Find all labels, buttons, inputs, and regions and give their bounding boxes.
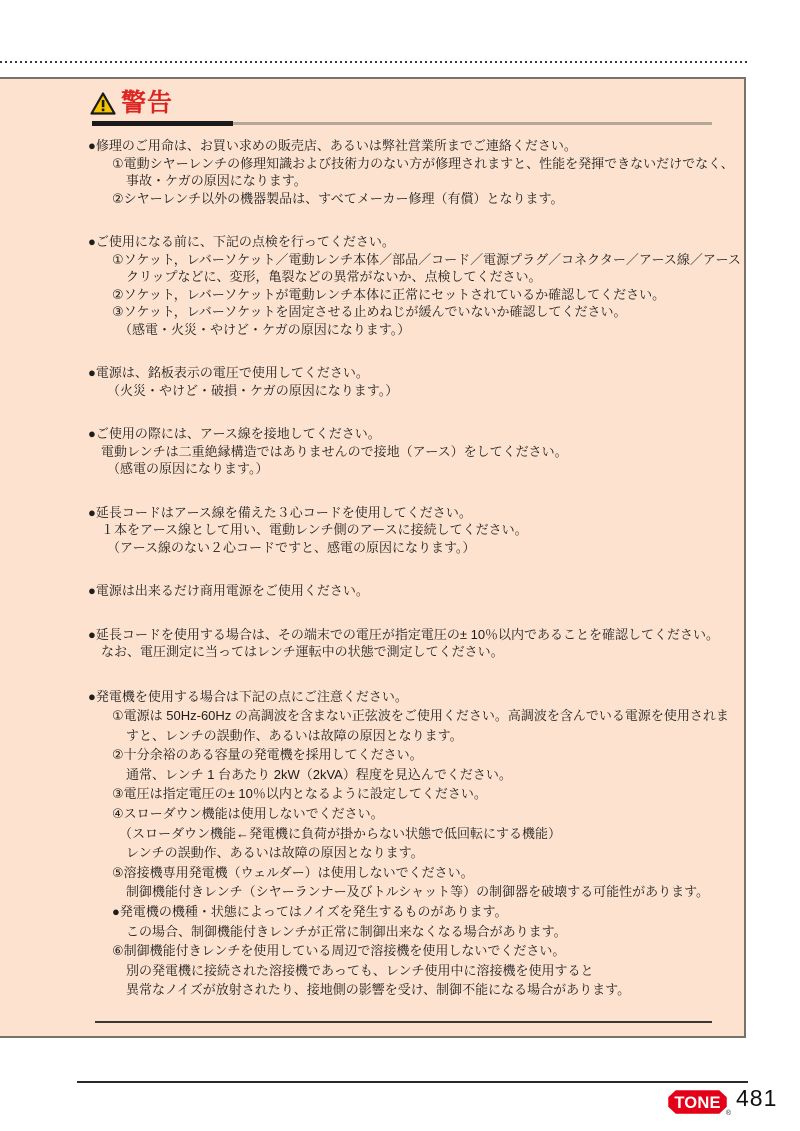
warning-line: 電動レンチは二重絶縁構造ではありませんので接地（アース）をしてください。 — [88, 443, 738, 461]
warning-line: （スローダウン機能←発電機に負荷が掛からない状態で低回転にする機能） — [88, 824, 738, 844]
warning-block: ●ご使用になる前に、下記の点検を行ってください。①ソケット，レバーソケット／電動… — [88, 233, 738, 338]
warning-panel: 警告 ●修理のご用命は、お買い求めの販売店、あるいは弊社営業所までご連絡ください… — [0, 77, 746, 1038]
warning-line: ●発電機の機種・状態によってはノイズを発生するものがあります。 — [88, 902, 738, 922]
warning-line: ③ソケット，レバーソケットを固定させる止めねじが緩んでいないか確認してください。 — [88, 303, 738, 321]
catalog-page: 警告 ●修理のご用命は、お買い求めの販売店、あるいは弊社営業所までご連絡ください… — [0, 0, 800, 1131]
dotted-separator — [0, 61, 748, 63]
page-number: 481 — [736, 1086, 777, 1111]
warning-line: ●電源は、銘板表示の電圧で使用してください。 — [88, 364, 738, 382]
warning-line: ●延長コードはアース線を備えた３心コードを使用してください。 — [88, 504, 738, 522]
warning-triangle-icon — [90, 92, 116, 115]
warning-line: ●ご使用になる前に、下記の点検を行ってください。 — [88, 233, 738, 251]
warning-line: ②シヤーレンチ以外の機器製品は、すべてメーカー修理（有償）となります。 — [88, 190, 738, 208]
warning-block: ●延長コードを使用する場合は、その端末での電圧が指定電圧の± 10％以内であるこ… — [88, 626, 738, 661]
warning-line: ②ソケット，レバーソケットが電動レンチ本体に正常にセットされているか確認してくだ… — [88, 286, 738, 304]
warning-line: （アース線のない２心コードですと、感電の原因になります。） — [88, 539, 738, 557]
warning-block: ●延長コードはアース線を備えた３心コードを使用してください。１本をアース線として… — [88, 504, 738, 557]
tone-logo: TONE ® — [668, 1090, 728, 1116]
warning-line: ●発電機を使用する場合は下記の点にご注意ください。 — [88, 687, 738, 707]
warning-line: ③電圧は指定電圧の± 10％以内となるように設定してください。 — [88, 784, 738, 804]
tone-logo-shape: TONE — [668, 1090, 727, 1114]
warning-line: ●延長コードを使用する場合は、その端末での電圧が指定電圧の± 10％以内であるこ… — [88, 626, 738, 644]
warning-line: ●ご使用の際には、アース線を接地してください。 — [88, 425, 738, 443]
warning-title: 警告 — [121, 91, 173, 116]
warning-line: 別の発電機に接続された溶接機であっても、レンチ使用中に溶接機を使用すると — [88, 961, 738, 981]
warning-line: なお、電圧測定に当ってはレンチ運転中の状態で測定してください。 — [88, 643, 738, 661]
warning-line: ②十分余裕のある容量の発電機を採用してください。 — [88, 745, 738, 765]
warning-block: ●電源は出来るだけ商用電源をご使用ください。 — [88, 582, 738, 600]
warning-line: 事故・ケガの原因になります。 — [88, 172, 738, 190]
warning-line: 通常、レンチ 1 台あたり 2kW（2kVA）程度を見込んでください。 — [88, 765, 738, 785]
panel-bottom-rule — [95, 1021, 712, 1023]
footer-rule — [77, 1081, 748, 1083]
warning-block: ●発電機を使用する場合は下記の点にご注意ください。①電源は 50Hz-60Hz … — [88, 687, 738, 1001]
warning-line: ⑤溶接機専用発電機（ウェルダー）は使用しないでください。 — [88, 863, 738, 883]
warning-line: （感電・火災・やけど・ケガの原因になります。） — [88, 321, 738, 339]
warning-line: （感電の原因になります。） — [88, 460, 738, 478]
warning-line: この場合、制御機能付きレンチが正常に制御出来なくなる場合があります。 — [88, 922, 738, 942]
warning-line: （火災・やけど・破損・ケガの原因になります。） — [88, 382, 738, 400]
rule-tan-segment — [233, 122, 712, 125]
warning-line: ④スローダウン機能は使用しないでください。 — [88, 804, 738, 824]
warning-line: ①電動シヤーレンチの修理知識および技術力のない方が修理されますと、性能を発揮でき… — [88, 155, 738, 173]
warning-line: 制御機能付きレンチ（シヤーランナー及びトルシャット等）の制御器を破壊する可能性が… — [88, 882, 738, 902]
registered-trademark-mark: ® — [726, 1110, 731, 1117]
warning-block: ●修理のご用命は、お買い求めの販売店、あるいは弊社営業所までご連絡ください。①電… — [88, 137, 738, 207]
warning-line: 異常なノイズが放射されたり、接地側の影響を受け、制御不能になる場合があります。 — [88, 980, 738, 1000]
warning-line: ●修理のご用命は、お買い求めの販売店、あるいは弊社営業所までご連絡ください。 — [88, 137, 738, 155]
warning-header: 警告 — [90, 91, 173, 116]
warning-line: ①ソケット，レバーソケット／電動レンチ本体／部品／コード／電源プラグ／コネクター… — [88, 251, 738, 269]
warning-line: クリップなどに、変形，亀裂などの異常がないか、点検してください。 — [88, 268, 738, 286]
warning-block: ●ご使用の際には、アース線を接地してください。電動レンチは二重絶縁構造ではありま… — [88, 425, 738, 478]
warning-line: レンチの誤動作、あるいは故障の原因となります。 — [88, 843, 738, 863]
warning-line: ●電源は出来るだけ商用電源をご使用ください。 — [88, 582, 738, 600]
warning-body: ●修理のご用命は、お買い求めの販売店、あるいは弊社営業所までご連絡ください。①電… — [88, 137, 738, 1000]
warning-header-rule — [92, 121, 712, 126]
warning-line: ①電源は 50Hz-60Hz の高調波を含まない正弦波をご使用ください。高調波を… — [88, 706, 738, 726]
rule-black-segment — [92, 121, 233, 126]
warning-line: ⑥制御機能付きレンチを使用している周辺で溶接機を使用しないでください。 — [88, 941, 738, 961]
svg-text:TONE: TONE — [674, 1094, 720, 1112]
warning-block: ●電源は、銘板表示の電圧で使用してください。（火災・やけど・破損・ケガの原因にな… — [88, 364, 738, 399]
warning-line: すと、レンチの誤動作、あるいは故障の原因となります。 — [88, 726, 738, 746]
warning-line: １本をアース線として用い、電動レンチ側のアースに接続してください。 — [88, 521, 738, 539]
